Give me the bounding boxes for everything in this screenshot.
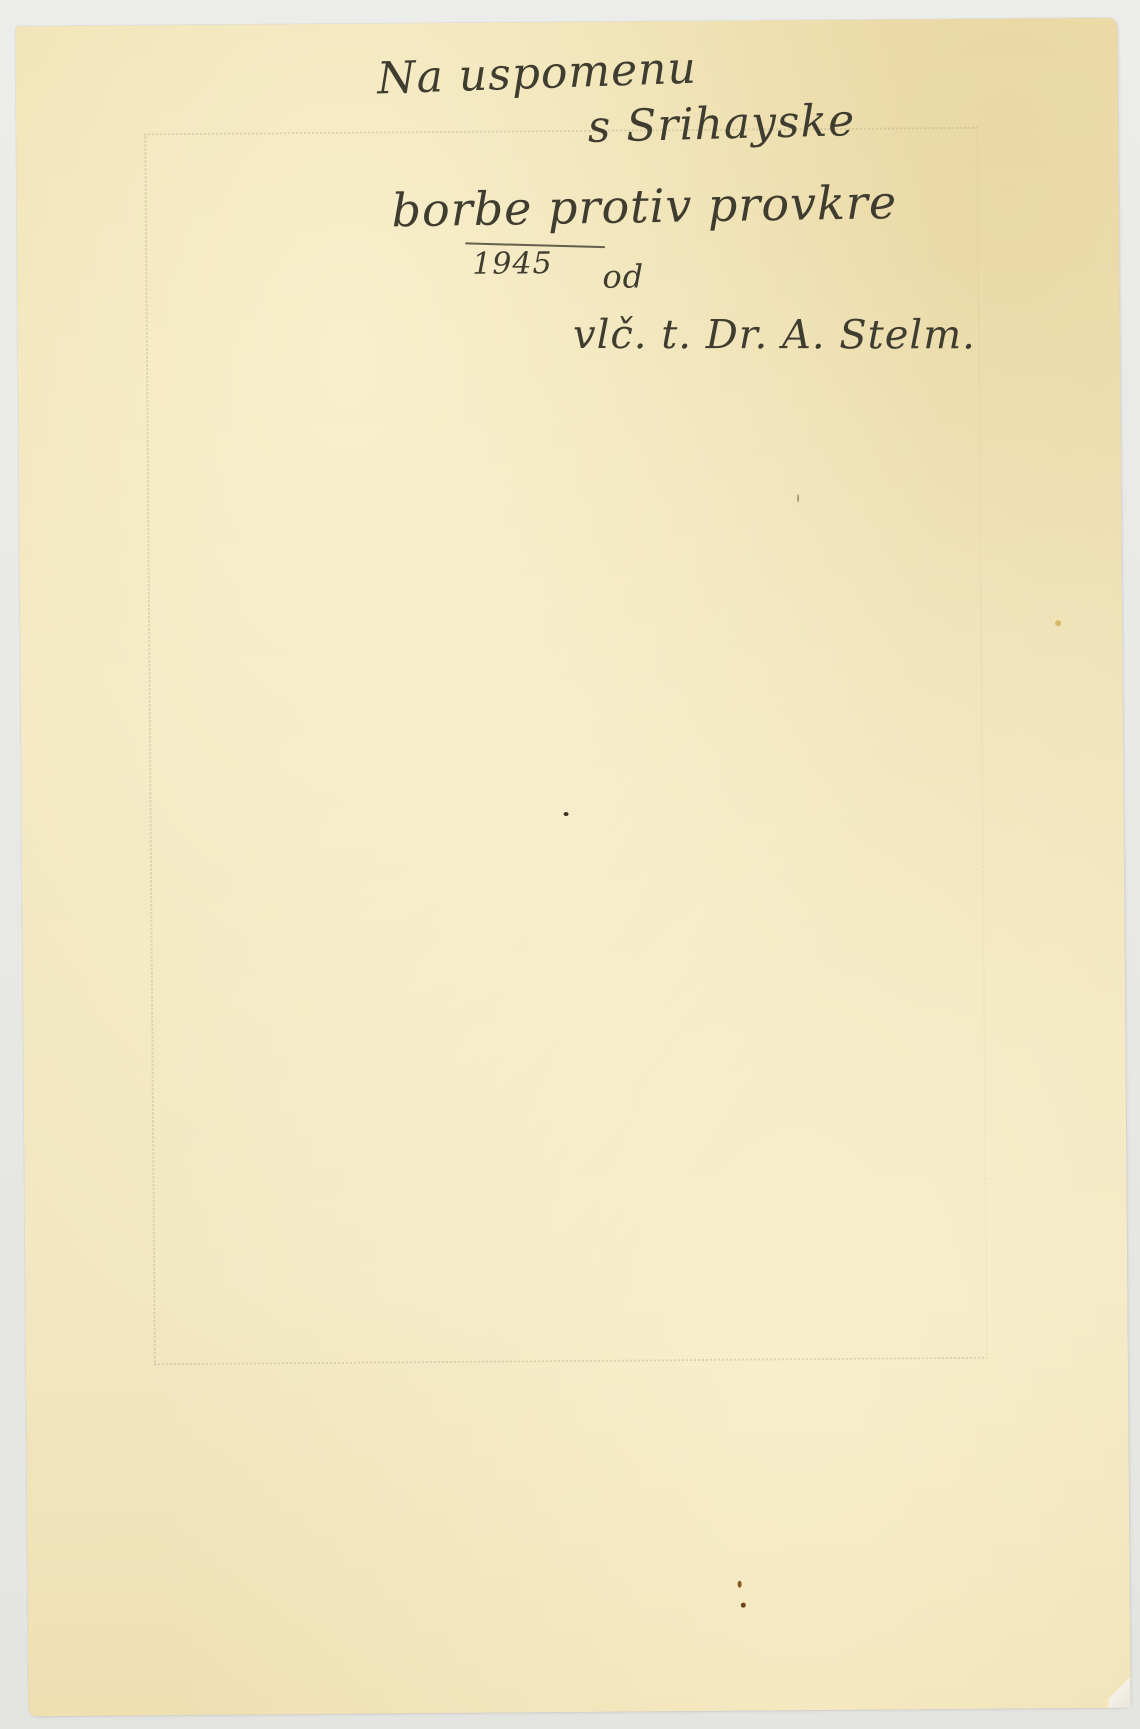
inscription-from: od xyxy=(602,257,644,295)
inscription-line-3: borbe protiv provkre xyxy=(391,175,897,237)
inscription-line-1: Na uspomenu xyxy=(376,43,697,105)
inscription-year: 1945 xyxy=(472,246,553,282)
paper-fiber-mark xyxy=(797,494,799,502)
torn-corner xyxy=(1108,1678,1130,1708)
inscription-line-2: s Srihayske xyxy=(587,95,856,153)
foxing-stain xyxy=(741,1603,746,1608)
signature: vlč. t. Dr. A. Stelm. xyxy=(573,312,976,358)
foxing-stain xyxy=(1055,620,1061,626)
ink-dot xyxy=(564,812,569,816)
foxing-stain xyxy=(738,1581,742,1588)
paper-sheet: Na uspomenu s Srihayske borbe protiv pro… xyxy=(15,18,1130,1717)
